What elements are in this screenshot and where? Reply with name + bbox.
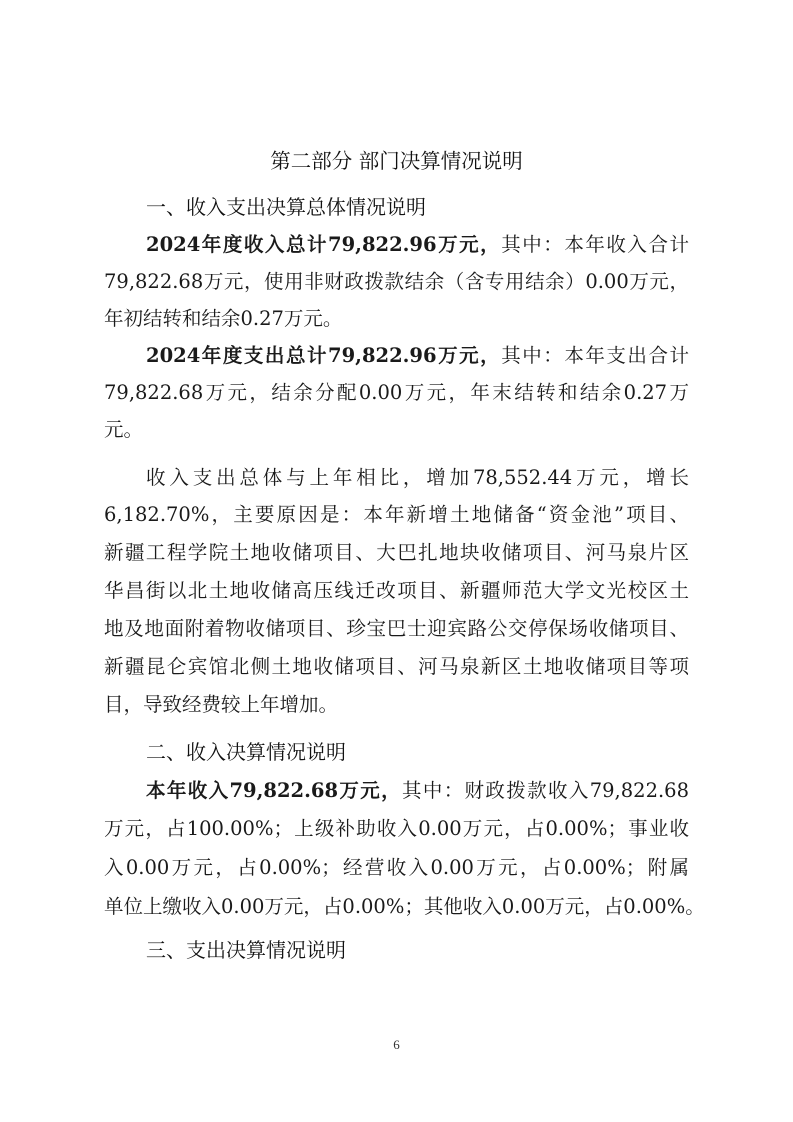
paragraph-line: 入0.00万元，占0.00%；经营收入0.00万元，占0.00%；附属 <box>104 855 689 881</box>
paragraph-line: 6,182.70%，主要原因是：本年新增土地储备“资金池”项目、 <box>104 502 689 528</box>
section-heading-1: 一、收入支出决算总体情况说明 <box>146 193 426 221</box>
paragraph-line: 年初结转和结余0.27万元。 <box>104 306 689 332</box>
page-title: 第二部分 部门决算情况说明 <box>0 147 793 175</box>
paragraph-line: 本年收入79,822.68万元，其中：财政拨款收入79,822.68 <box>146 778 689 804</box>
paragraph-line: 79,822.68万元，结余分配0.00万元，年末结转和结余0.27万 <box>104 380 689 406</box>
page-number: 6 <box>0 1037 793 1053</box>
paragraph-line: 新疆工程学院土地收储项目、大巴扎地块收储项目、河马泉片区 <box>104 540 689 566</box>
paragraph-line: 万元，占100.00%；上级补助收入0.00万元，占0.00%；事业收 <box>104 816 689 842</box>
paragraph-line: 目，导致经费较上年增加。 <box>104 692 689 718</box>
bold-lead: 2024年度收入总计79,822.96万元， <box>146 233 501 256</box>
paragraph-line: 收入支出总体与上年相比，增加78,552.44万元，增长 <box>146 465 689 491</box>
paragraph-line: 元。 <box>104 417 689 443</box>
paragraph-line: 新疆昆仑宾馆北侧土地收储项目、河马泉新区土地收储项目等项 <box>104 654 689 680</box>
paragraph-line: 2024年度支出总计79,822.96万元，其中：本年支出合计 <box>146 343 689 369</box>
bold-lead: 2024年度支出总计79,822.96万元， <box>146 344 501 367</box>
paragraph-line: 单位上缴收入0.00万元，占0.00%；其他收入0.00万元，占0.00%。 <box>104 894 689 920</box>
paragraph-line: 2024年度收入总计79,822.96万元，其中：本年收入合计 <box>146 232 689 258</box>
paragraph-line: 地及地面附着物收储项目、珍宝巴士迎宾路公交停保场收储项目、 <box>104 616 689 642</box>
section-heading-3: 三、支出决算情况说明 <box>146 936 346 964</box>
section-heading-2: 二、收入决算情况说明 <box>146 738 346 766</box>
document-page: 第二部分 部门决算情况说明 一、收入支出决算总体情况说明 2024年度收入总计7… <box>0 0 793 1122</box>
paragraph-line: 79,822.68万元，使用非财政拨款结余（含专用结余）0.00万元， <box>104 269 689 295</box>
bold-lead: 本年收入79,822.68万元， <box>146 779 402 802</box>
paragraph-line: 华昌街以北土地收储高压线迁改项目、新疆师范大学文光校区土 <box>104 578 689 604</box>
